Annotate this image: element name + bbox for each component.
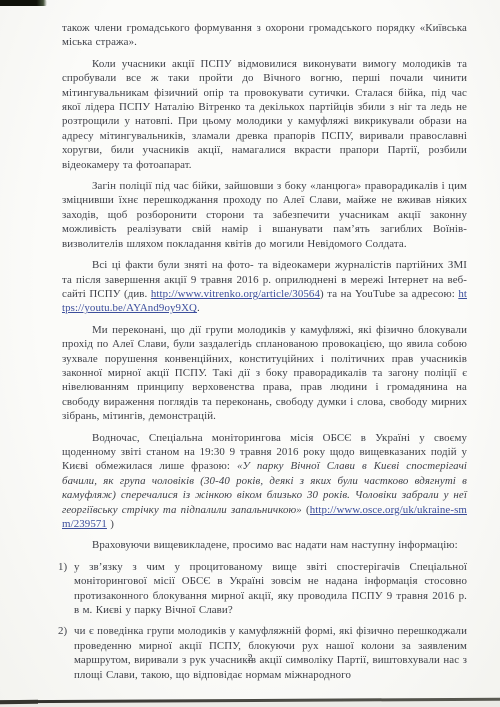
list-item-question-1: 1)у зв’язку з чим у процитованому вище з… <box>62 560 467 618</box>
page-number: 2 <box>0 652 500 664</box>
list-item-text: у зв’язку з чим у процитованому вище зві… <box>74 561 467 616</box>
paragraph-request: Враховуючи вищевикладене, просимо вас на… <box>62 538 467 552</box>
scan-corner-artifact <box>0 0 47 6</box>
letter-body: також члени громадського формування з ох… <box>62 21 467 689</box>
paragraph-police: Загін поліції під час бійки, зайшовши з … <box>62 179 467 251</box>
paragraph-clash: Коли учасники акції ПСПУ відмовилися вик… <box>62 57 467 172</box>
scan-bottom-edge-left-artifact <box>0 700 38 704</box>
paragraph-osce-report: Водночас, Спеціальна моніторингова місія… <box>62 431 467 532</box>
paragraph-text: ) <box>107 518 114 530</box>
paragraph-media: Всі ці факти були зняті на фото- та віде… <box>62 258 467 316</box>
list-item-marker: 2) <box>58 624 67 638</box>
paragraph-text: ( <box>302 504 310 516</box>
paragraph-provocation: Ми переконані, що дії групи молодиків у … <box>62 323 467 424</box>
paragraph-text: ) та на YouTube за адресою: <box>320 288 458 300</box>
paragraph-text: . <box>197 302 200 314</box>
vitrenko-article-link[interactable]: http://www.vitrenko.org/article/30564 <box>151 288 320 300</box>
scanned-page: також члени громадського формування з ох… <box>0 0 500 707</box>
paragraph-intro-continuation: також члени громадського формування з ох… <box>62 21 467 50</box>
list-item-marker: 1) <box>58 560 67 574</box>
